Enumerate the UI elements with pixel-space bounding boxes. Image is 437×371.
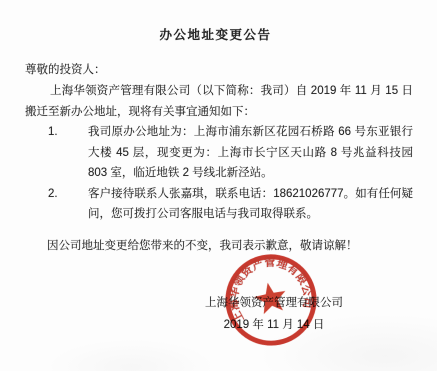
notice-item-list: 1. 我司原办公地址为：上海市浦东新区花园石桥路 66 号东亚银行大楼 45 层… [48, 122, 413, 225]
list-item-text: 我司原办公地址为：上海市浦东新区花园石桥路 66 号东亚银行大楼 45 层，现变… [88, 122, 413, 184]
closing-paragraph: 因公司地址变更给您带来的不变，我司表示歉意，敬请谅解！ [25, 236, 415, 257]
signature-company: 上海华领资产管理有限公司 [164, 292, 384, 314]
signature-date: 2019 年 11 月 14 日 [164, 314, 384, 336]
intro-paragraph: 上海华领资产管理有限公司（以下简称：我司）自 2019 年 11 月 15 日搬… [25, 81, 413, 122]
notice-document: 办公地址变更公告 尊敬的投资人： 上海华领资产管理有限公司（以下简称：我司）自 … [0, 0, 437, 371]
signature-block: 上海华领资产管理有限公司 2019 年 11 月 14 日 [164, 292, 384, 336]
salutation: 尊敬的投资人： [25, 61, 106, 77]
list-item: 2. 客户接待联系人张嘉琪，联系电话：18621026777。如有任何疑问，您可… [48, 184, 413, 225]
list-item: 1. 我司原办公地址为：上海市浦东新区花园石桥路 66 号东亚银行大楼 45 层… [48, 122, 413, 184]
list-item-number: 1. [48, 122, 88, 143]
list-item-number: 2. [48, 184, 88, 205]
page-title: 办公地址变更公告 [0, 25, 431, 43]
list-item-text: 客户接待联系人张嘉琪，联系电话：18621026777。如有任何疑问，您可拨打公… [88, 184, 413, 225]
